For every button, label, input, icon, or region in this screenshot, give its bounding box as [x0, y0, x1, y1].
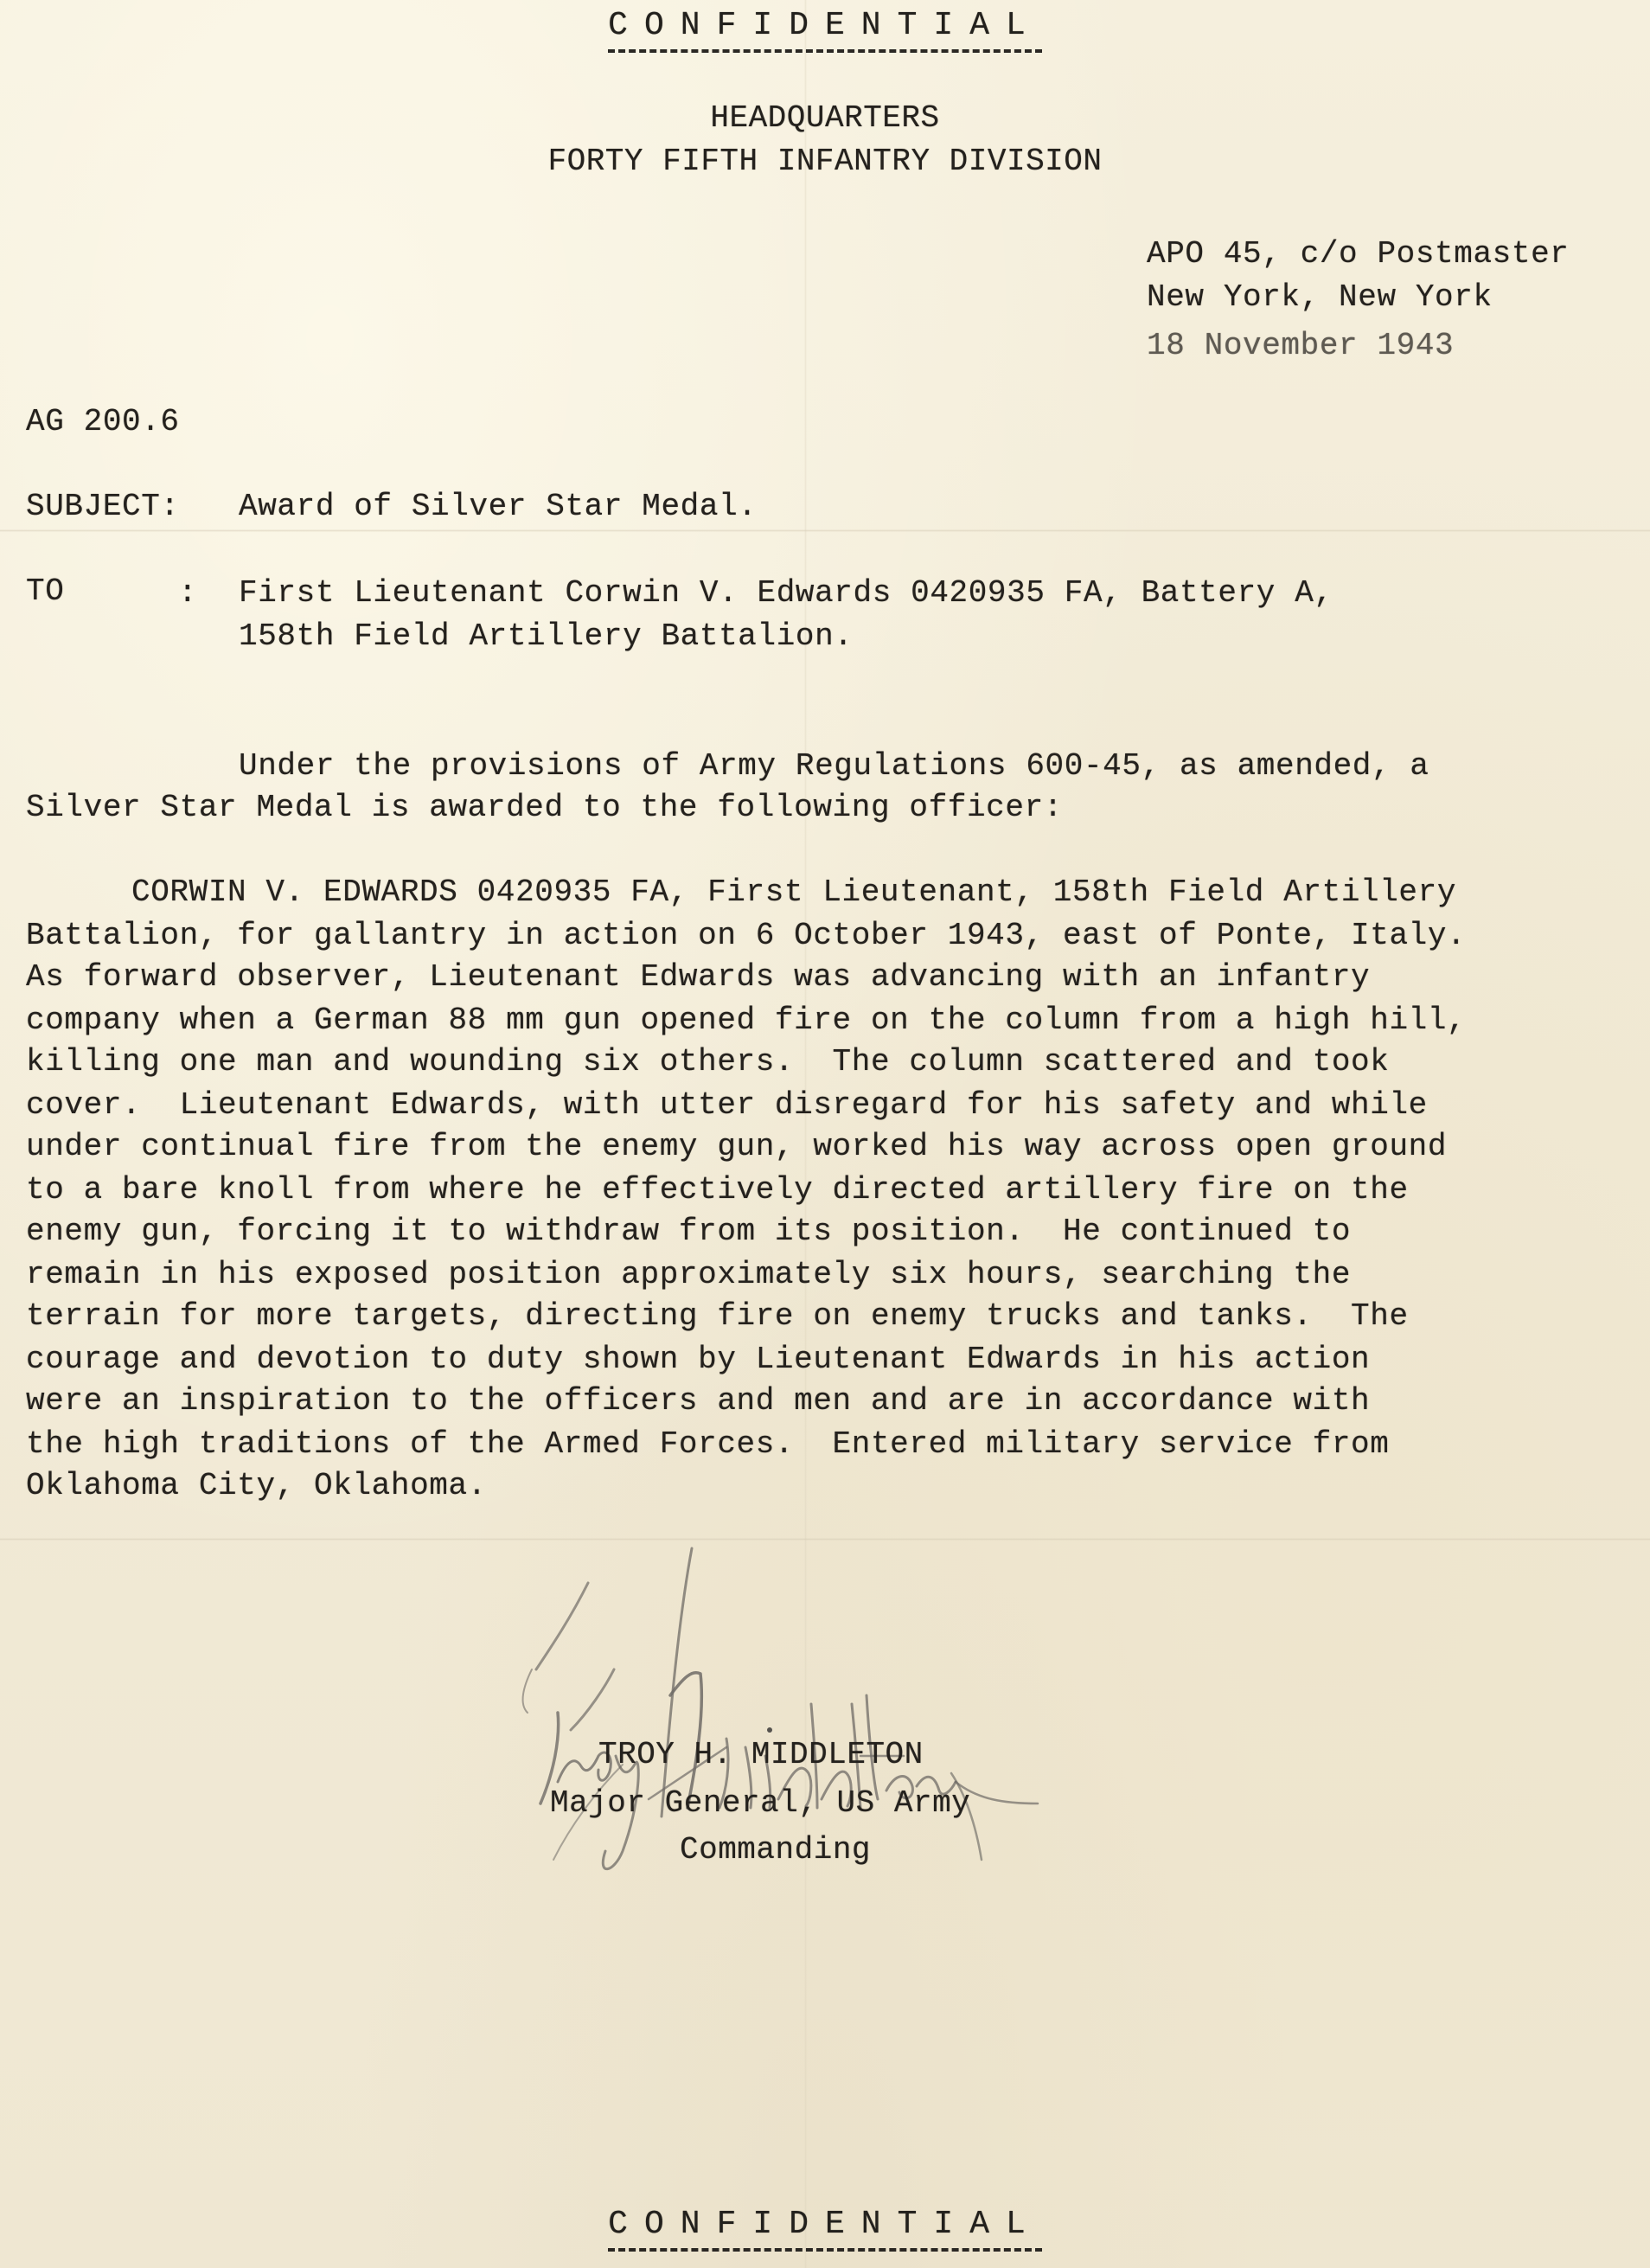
intro-paragraph-line: Under the provisions of Army Regulations…	[239, 749, 1429, 784]
letter-date: 18 November 1943	[1147, 329, 1454, 363]
citation-line: Battalion, for gallantry in action on 6 …	[26, 919, 1466, 953]
citation-line: under continual fire from the enemy gun,…	[26, 1130, 1447, 1164]
to-separator: :	[178, 576, 197, 611]
classification-text: CONFIDENTIAL	[608, 2206, 1042, 2252]
file-reference: AG 200.6	[26, 405, 180, 439]
to-recipient-line: 158th Field Artillery Battalion.	[239, 619, 854, 654]
headquarters-title: HEADQUARTERS	[0, 100, 1650, 136]
signatory-rank: Major General, US Army	[550, 1785, 970, 1821]
citation-line: terrain for more targets, directing fire…	[26, 1299, 1409, 1334]
citation-line: CORWIN V. EDWARDS 0420935 FA, First Lieu…	[131, 875, 1456, 910]
paper-fold-line	[0, 529, 1650, 532]
to-label: TO	[26, 574, 64, 609]
citation-line: courage and devotion to duty shown by Li…	[26, 1342, 1370, 1377]
signatory-name: TROY H. MIDDLETON	[598, 1737, 924, 1772]
address-line-2: New York, New York	[1147, 280, 1493, 315]
intro-paragraph-line: Silver Star Medal is awarded to the foll…	[26, 791, 1063, 825]
classification-footer: CONFIDENTIAL	[0, 2206, 1650, 2252]
citation-line: killing one man and wounding six others.…	[26, 1045, 1389, 1080]
address-line-1: APO 45, c/o Postmaster	[1147, 237, 1569, 272]
citation-line: were an inspiration to the officers and …	[26, 1384, 1370, 1419]
classification-text: CONFIDENTIAL	[608, 7, 1042, 53]
citation-line: As forward observer, Lieutenant Edwards …	[26, 960, 1370, 995]
citation-line: to a bare knoll from where he effectivel…	[26, 1173, 1409, 1208]
classification-header: CONFIDENTIAL	[0, 7, 1650, 53]
citation-line: enemy gun, forcing it to withdraw from i…	[26, 1214, 1351, 1249]
citation-line: cover. Lieutenant Edwards, with utter di…	[26, 1088, 1428, 1123]
subject-label: SUBJECT:	[26, 490, 180, 524]
subject-value: Award of Silver Star Medal.	[239, 490, 758, 524]
citation-line: company when a German 88 mm gun opened f…	[26, 1003, 1466, 1038]
signatory-title: Commanding	[680, 1832, 871, 1868]
to-recipient-line: First Lieutenant Corwin V. Edwards 04209…	[239, 576, 1333, 611]
division-title: FORTY FIFTH INFANTRY DIVISION	[0, 144, 1650, 179]
citation-line: remain in his exposed position approxima…	[26, 1258, 1351, 1292]
citation-line: Oklahoma City, Oklahoma.	[26, 1469, 487, 1503]
citation-line: the high traditions of the Armed Forces.…	[26, 1427, 1389, 1462]
